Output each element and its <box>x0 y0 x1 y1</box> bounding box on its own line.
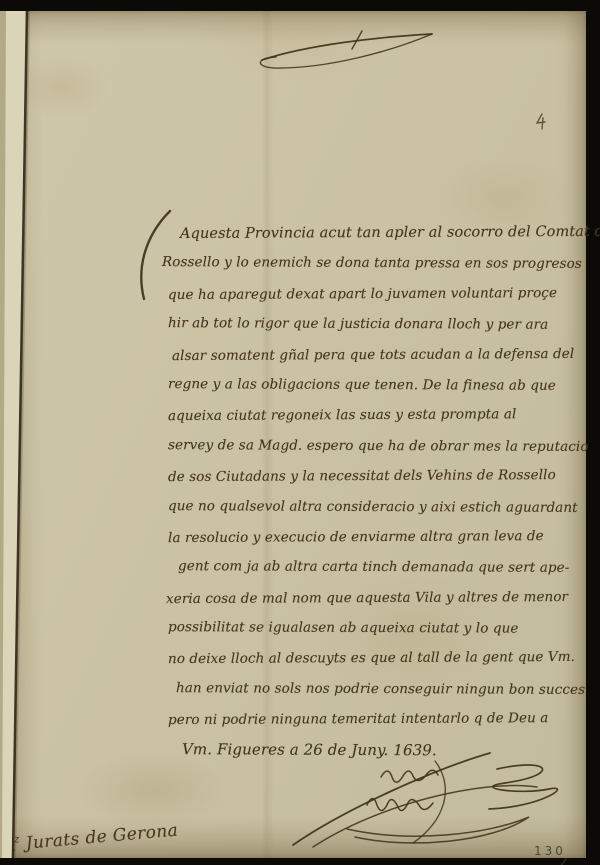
manuscript-line: que no qualsevol altra consideracio y ai… <box>168 491 588 523</box>
manuscript-line: Rossello y lo enemich se dona tanta pres… <box>168 247 588 279</box>
manuscript-line: la resolucio y execucio de enviarme altr… <box>168 521 588 554</box>
manuscript-line: de sos Ciutadans y la necessitat dels Ve… <box>168 460 588 493</box>
letter-body: Aquesta Provincia acut tan apler al soco… <box>168 218 588 765</box>
manuscript-line: no deixe lloch al descuyts es que al tal… <box>168 642 588 675</box>
manuscript-line: regne y a las obligacions que tenen. De … <box>168 369 588 401</box>
book-gutter-edge <box>0 11 42 858</box>
ink-tick-icon <box>558 858 568 865</box>
manuscript-line: possibilitat se igualasen ab aqueixa ciu… <box>168 612 588 644</box>
manuscript-page: Aquesta Provincia acut tan apler al soco… <box>2 11 586 858</box>
manuscript-line: pero ni podrie ninguna temeritat intenta… <box>168 703 588 736</box>
manuscript-line: hir ab tot lo rigor que la justicia dona… <box>168 308 588 340</box>
manuscript-line: aqueixa ciutat regoneix las suas y esta … <box>168 399 588 432</box>
address-text: Jurats de Gerona <box>25 820 179 853</box>
manuscript-line: Aquesta Provincia acut tan apler al soco… <box>168 217 588 250</box>
cross-flourish-icon <box>252 27 442 77</box>
manuscript-line: gent com ja ab altra carta tinch demanad… <box>168 551 588 583</box>
manuscript-line: han enviat no sols nos podrie conseguir … <box>168 673 588 705</box>
manuscript-line: alsar somatent gñal pera que tots acudan… <box>168 338 588 371</box>
ink-mark-icon <box>534 111 550 133</box>
manuscript-line: servey de sa Magd. espero que ha de obra… <box>168 430 588 462</box>
scanned-manuscript: Aquesta Provincia acut tan apler al soco… <box>0 0 600 865</box>
manuscript-line: que ha aparegut dexat apart lo juvamen v… <box>168 278 588 311</box>
folio-number: 130 <box>534 844 566 858</box>
signature-flourish <box>285 747 580 851</box>
manuscript-line: xeria cosa de mal nom que aquesta Vila y… <box>168 582 588 615</box>
